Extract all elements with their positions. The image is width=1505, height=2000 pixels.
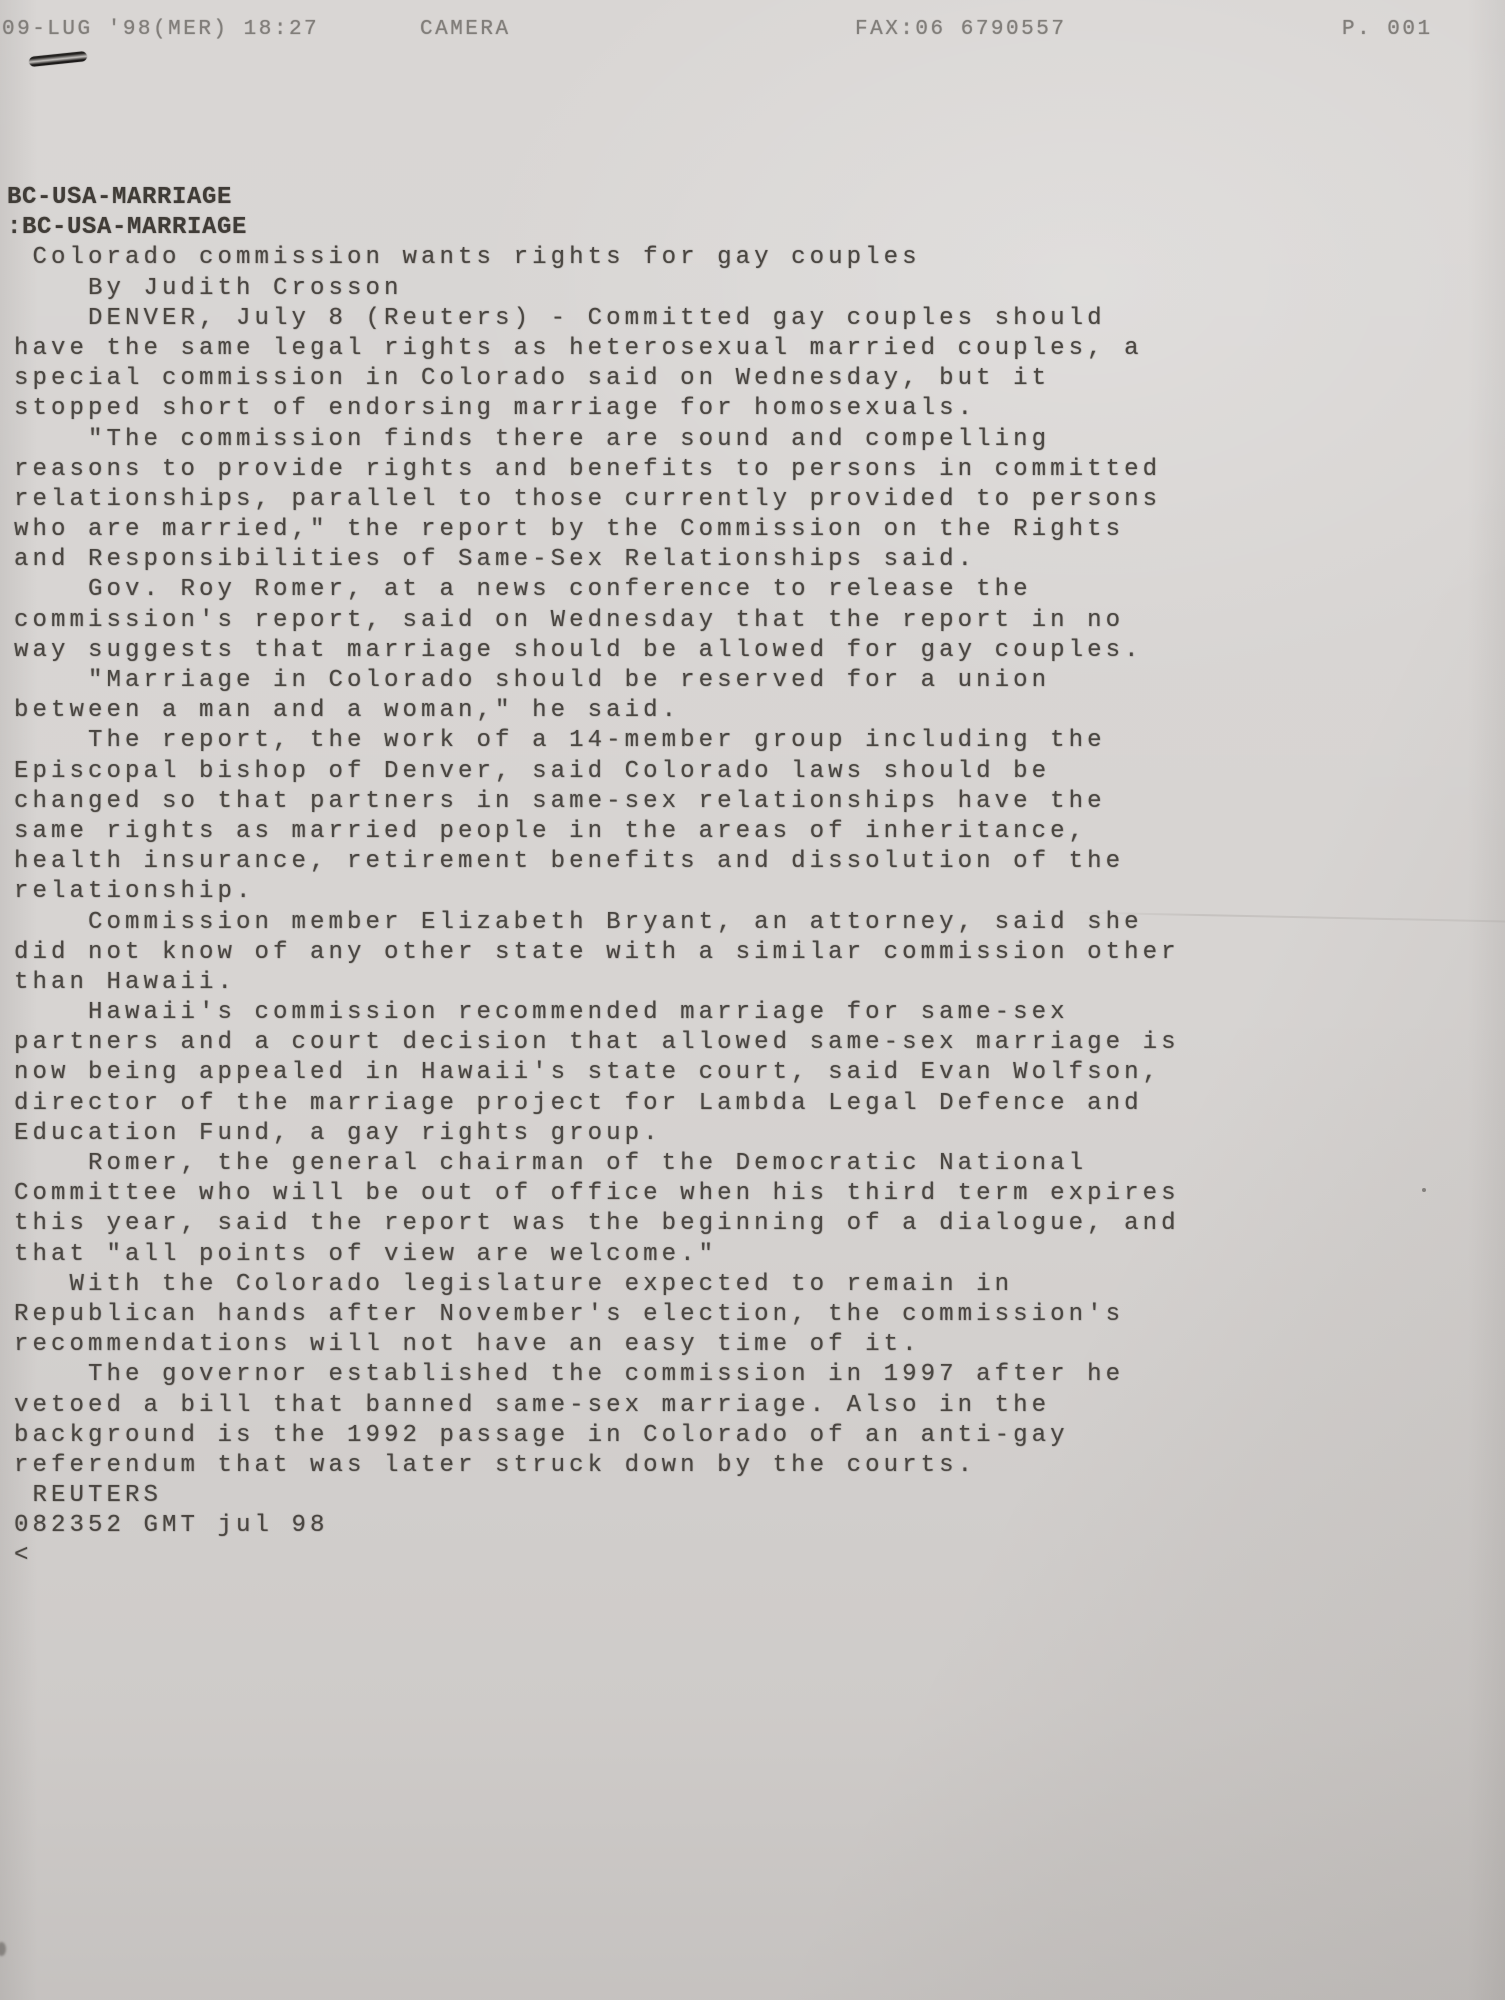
document-line: have the same legal rights as heterosexu… [14,334,1180,364]
fax-page-number: P. 001 [1342,18,1433,41]
document-line: REUTERS [14,1481,1180,1511]
slug-line: :BC-USA-MARRIAGE [7,213,1180,243]
paper-speck [1422,1188,1426,1192]
wire-story-text: BC-USA-MARRIAGE:BC-USA-MARRIAGE Colorado… [14,183,1180,1572]
document-line: Commission member Elizabeth Bryant, an a… [14,908,1180,938]
document-line: relationships, parallel to those current… [14,485,1180,515]
document-line: who are married," the report by the Comm… [14,515,1180,545]
document-line: Republican hands after November's electi… [14,1300,1180,1330]
document-line: than Hawaii. [14,968,1180,998]
document-line: relationship. [14,877,1180,907]
document-line: background is the 1992 passage in Colora… [14,1421,1180,1451]
document-line: Episcopal bishop of Denver, said Colorad… [14,757,1180,787]
document-line: special commission in Colorado said on W… [14,364,1180,394]
document-line: referendum that was later struck down by… [14,1451,1180,1481]
document-line: commission's report, said on Wednesday t… [14,606,1180,636]
document-line: 082352 GMT jul 98 [14,1511,1180,1541]
document-line: this year, said the report was the begin… [14,1209,1180,1239]
document-line: reasons to provide rights and benefits t… [14,455,1180,485]
document-line: stopped short of endorsing marriage for … [14,394,1180,424]
document-line: way suggests that marriage should be all… [14,636,1180,666]
document-line: between a man and a woman," he said. [14,696,1180,726]
document-line: By Judith Crosson [14,274,1180,304]
document-line: that "all points of view are welcome." [14,1240,1180,1270]
document-line: The report, the work of a 14-member grou… [14,726,1180,756]
document-line: Gov. Roy Romer, at a news conference to … [14,575,1180,605]
fax-sender-id: CAMERA [420,18,511,41]
document-line: Hawaii's commission recommended marriage… [14,998,1180,1028]
document-line: The governor established the commission … [14,1360,1180,1390]
document-line: and Responsibilities of Same-Sex Relatio… [14,545,1180,575]
document-line: changed so that partners in same-sex rel… [14,787,1180,817]
document-line: Committee who will be out of office when… [14,1179,1180,1209]
document-line: With the Colorado legislature expected t… [14,1270,1180,1300]
document-line: partners and a court decision that allow… [14,1028,1180,1058]
document-line: Education Fund, a gay rights group. [14,1119,1180,1149]
document-line: "Marriage in Colorado should be reserved… [14,666,1180,696]
document-line: "The commission finds there are sound an… [14,425,1180,455]
document-line: Romer, the general chairman of the Democ… [14,1149,1180,1179]
slug-line: BC-USA-MARRIAGE [7,183,1180,213]
document-line: same rights as married people in the are… [14,817,1180,847]
document-line: did not know of any other state with a s… [14,938,1180,968]
document-line: recommendations will not have an easy ti… [14,1330,1180,1360]
document-line: DENVER, July 8 (Reuters) - Committed gay… [14,304,1180,334]
document-line: director of the marriage project for Lam… [14,1089,1180,1119]
document-line: vetoed a bill that banned same-sex marri… [14,1391,1180,1421]
document-line: health insurance, retirement benefits an… [14,847,1180,877]
fax-number: FAX:06 6790557 [855,18,1066,41]
document-line: now being appealed in Hawaii's state cou… [14,1058,1180,1088]
fax-datetime: 09-LUG '98(MER) 18:27 [2,18,319,41]
document-line: < [14,1541,1180,1571]
fax-transmission-header: 09-LUG '98(MER) 18:27 CAMERA FAX:06 6790… [0,18,1505,52]
scanned-fax-page: 09-LUG '98(MER) 18:27 CAMERA FAX:06 6790… [0,0,1505,2000]
document-line: Colorado commission wants rights for gay… [14,243,1180,273]
